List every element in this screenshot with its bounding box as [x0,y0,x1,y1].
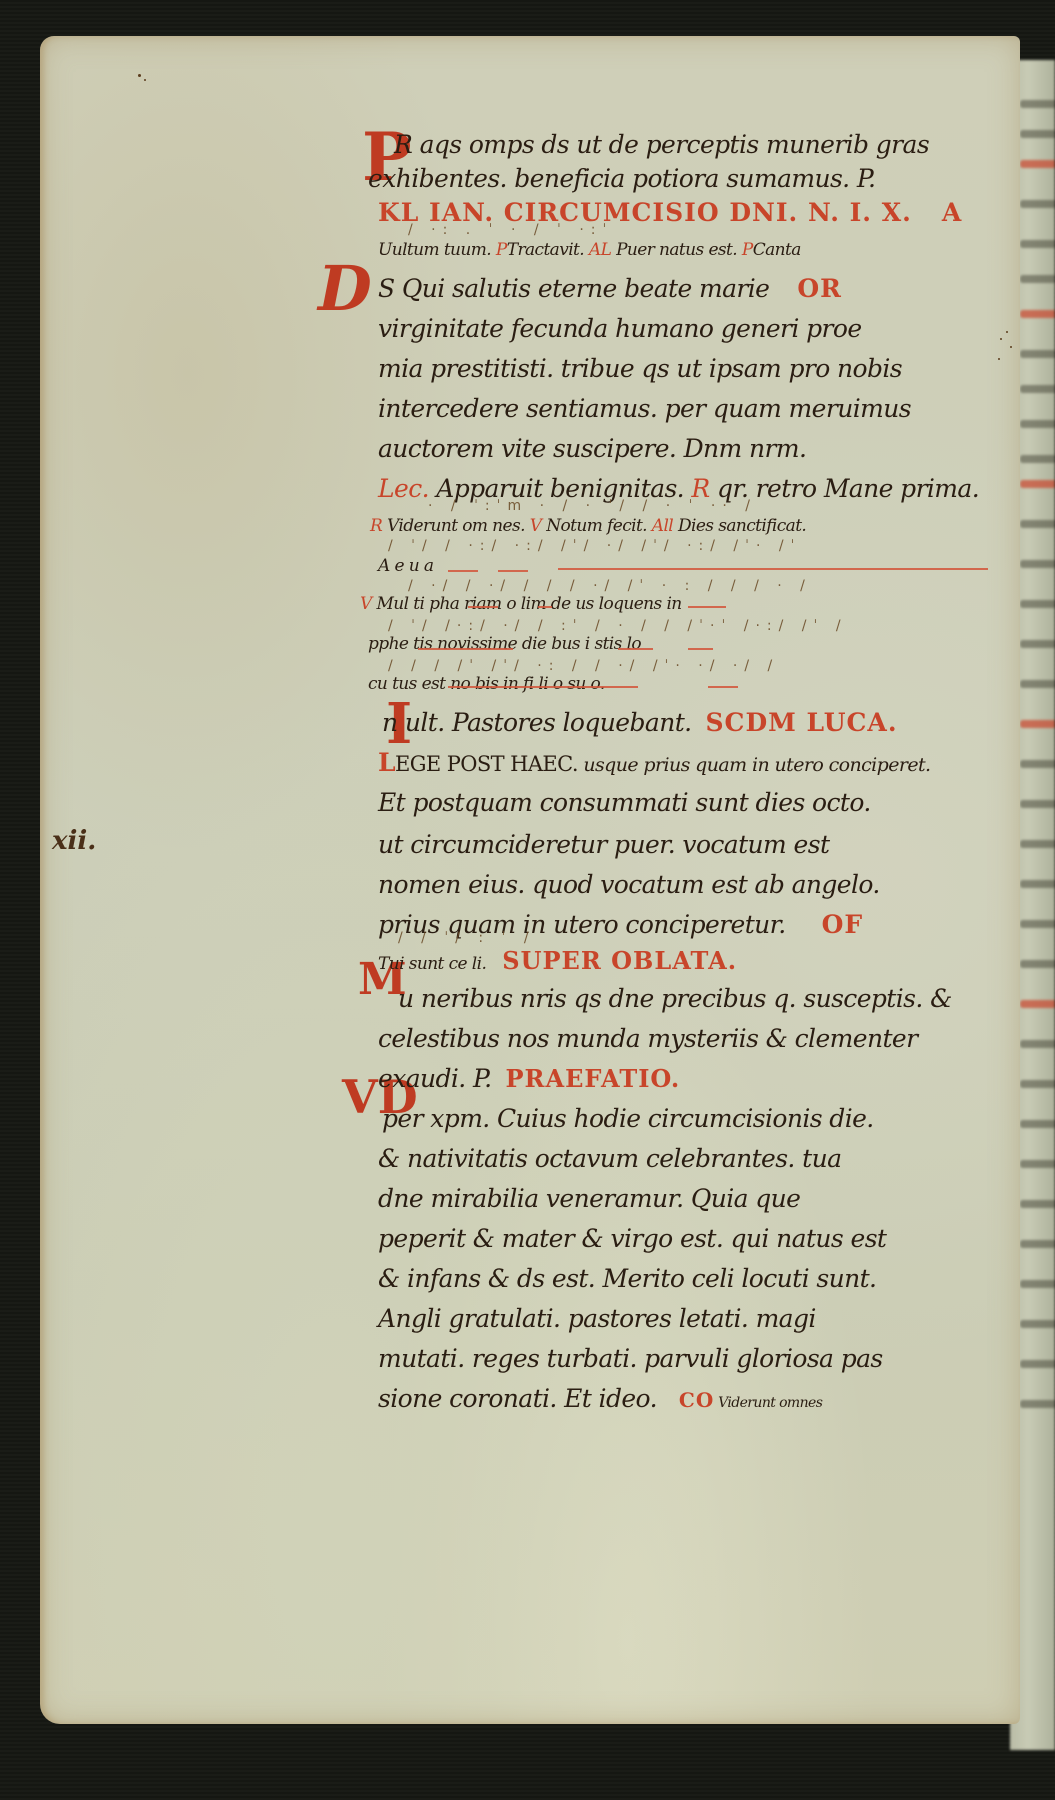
text-line: Et postquam consummati sunt dies octo. [378,788,871,817]
text-line: exaudi. P.PRAEFATIO. [378,1064,680,1093]
neumes: / ·: . ˈ · / ˈ ·:ˈ [408,222,613,238]
melisma-line [708,686,738,688]
melisma-line [688,606,726,608]
melisma-line [688,648,713,650]
stain [1000,338,1002,340]
alleluia-line: A e u a [378,556,433,576]
text-line: dne mirabilia veneramur. Quia que [378,1184,800,1213]
text-line: R aqs omps ds ut de perceptis munerib gr… [394,130,929,159]
stain [998,358,1000,360]
chant-incipits: Uultum tuum. PTractavit. AL Puer natus e… [378,240,801,260]
preface-line: per xpm. Cuius hodie circumcisionis die. [382,1104,874,1133]
folio-number: xii. [52,826,96,856]
offertory-line: Tui sunt ce li.SUPER OBLATA. [378,946,737,975]
melisma-line [448,570,478,572]
text-line: celestibus nos munda mysteriis & clement… [378,1024,917,1053]
text-line: nomen eius. quod vocatum est ab angelo. [378,870,880,899]
text-line: u neribus nris qs dne precibus q. suscep… [398,984,952,1013]
stain [138,74,141,77]
neumes: / ˈ/ / ·:/ ·:/ /ˈ/ ·/ /ˈ/ ·:/ /ˈ· /ˈ [388,538,801,554]
stain [144,79,146,81]
melisma-line [498,570,528,572]
verse-line: pphe tis novissime die bus i stis lo [368,634,641,654]
stain [1006,331,1008,333]
text-line: peperit & mater & virgo est. qui natus e… [378,1224,886,1253]
introit-line: n ult. Pastores loquebant.SCDM LUCA. [382,708,898,737]
neumes: / / / /ˈ /ˈ/ ·: / / ·/ /ˈ· ·/ ·/ / [388,658,779,674]
text-line: virginitate fecunda humano generi proe [378,314,862,343]
text-line: Angli gratulati. pastores letati. magi [378,1304,816,1333]
melisma-line [468,606,498,608]
text-line: mia prestitisti. tribue qs ut ipsam pro … [378,354,902,383]
neumes: / / ˈ/ : ˈ / [398,930,536,946]
neumes: · / ˈ:ˈm · / · ˈ/ / · ˈ ·· / [428,498,757,514]
chant-line: R Viderunt om nes. V Notum fecit. All Di… [370,516,806,536]
text-line: sione coronati. Et ideo.CO Viderunt omne… [378,1384,822,1413]
melisma-line [538,606,552,608]
verse-line: cu tus est no bis in fi li o su o. [368,674,605,694]
text-line: mutati. reges turbati. parvuli gloriosa … [378,1344,883,1373]
neumes: / ˈ/ /·:/ ·/ / :ˈ / · / / /ˈ·ˈ /·:/ /ˈ / [388,618,848,634]
text-line: exhibentes. beneficia potiora sumamus. P… [368,164,875,193]
gospel-line: LEGE POST HAEC. usque prius quam in uter… [378,748,930,777]
melisma-line [558,568,988,570]
neumes: / ·/ / ·/ / / / ·/ /ˈ · : / / / · / [408,578,812,594]
text-line: S Qui salutis eterne beate marieOR [378,274,842,303]
text-line: intercedere sentiamus. per quam meruimus [378,394,911,423]
text-line: auctorem vite suscipere. Dnm nrm. [378,434,806,463]
melisma-line [618,648,653,650]
text-line: & nativitatis octavum celebrantes. tua [378,1144,841,1173]
text-line: ut circumcideretur puer. vocatum est [378,830,829,859]
melisma-line [418,648,513,650]
text-line: & infans & ds est. Merito celi locuti su… [378,1264,876,1293]
verse-line: V Mul ti pha riam o lim de us loquens in [360,594,682,614]
initial-d: D [318,258,372,320]
stain [1010,346,1012,348]
melisma-line [448,686,638,688]
